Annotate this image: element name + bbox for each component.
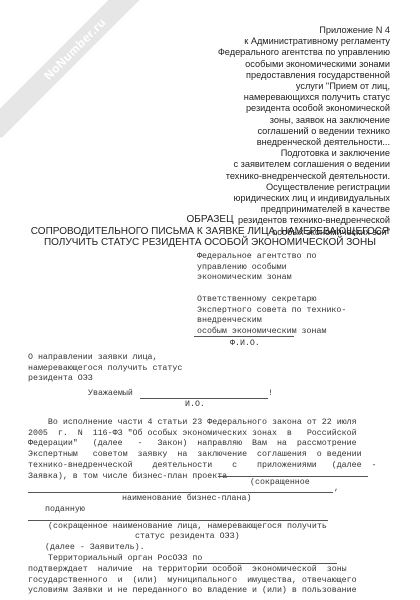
appendix-line: внедренческой деятельности... [130,137,390,148]
addressee-block: Федеральное агентство по управлению особ… [197,252,346,338]
subject-line: резидента ОЭЗ [28,374,182,385]
appendix-line: соглашений о ведении технико [130,126,390,137]
body-line: подтверждает наличие на территории особо… [28,565,357,576]
body-line: государственного и (или) муниципального … [28,576,357,587]
body-line: Экспертным советом заявку на заключение … [28,450,373,461]
body-line: Федерации" (далее - Закон) направляю Вам… [28,439,373,450]
fio-caption: Ф.И.О. [230,339,260,348]
appendix-line: намеревающихся получить статус [130,92,390,103]
appendix-line: технико-внедренческой деятельности. [130,171,390,182]
addressee-line: управлению особыми [197,263,346,274]
salutation-label: Уважаемый [88,389,133,400]
subject-block: О направлении заявки лица, намеревающего… [28,353,182,385]
body-paragraph-2: подтверждает наличие на территории особо… [28,565,357,597]
appendix-line: резидента особой экономической [130,103,390,114]
appendix-line: зоны, заявок на заключение [130,115,390,126]
salutation-blank-line[interactable] [140,398,268,399]
body-line: 2005 г. N 116-ФЗ "Об особых экономически… [28,429,373,440]
applicant-caption-2: статус резидента ОЭЗ) [135,532,240,541]
title-line: СОПРОВОДИТЕЛЬНОГО ПИСЬМА К ЗАЯВКЕ ЛИЦА, … [0,226,420,238]
body-paragraph-1: Во исполнение части 4 статьи 23 Федераль… [28,418,373,482]
submitted-label: поданную [45,505,85,516]
project-name-blank-line-2[interactable] [28,492,333,493]
addressee-line: Ответственному секретарю [197,295,346,306]
territorial-body-blank-line[interactable] [197,563,337,564]
subject-line: намеревающегося получить статус [28,364,182,375]
appendix-line: Федерального агентства по управлению [130,47,390,58]
business-plan-caption: наименование бизнес-плана) [122,494,251,503]
fio-blank-line[interactable] [194,336,294,337]
addressee-line: Федеральное агентство по [197,252,346,263]
territorial-body-label: Территориальный орган РосОЭЗ по [48,554,202,565]
appendix-line: с заявителем соглашения о ведении [130,159,390,170]
title-line: ОБРАЗЕЦ [0,214,420,226]
applicant-caption-1: (сокращенное наименование лица, намерева… [48,522,327,531]
appendix-line: Подготовка и заключение [130,148,390,159]
appendix-line: Приложение N 4 [130,25,390,36]
appendix-line: предоставления государственной [130,70,390,81]
subject-line: О направлении заявки лица, [28,353,182,364]
io-caption: И.О. [185,400,205,409]
addressee-line: экономическим зонам [197,273,346,284]
short-name-caption: (сокращенное [250,478,310,487]
appendix-line: юридических лиц и индивидуальных [130,193,390,204]
body-line: технико-внедренческой деятельности с при… [28,461,373,472]
project-name-blank-line[interactable] [218,476,368,477]
appendix-line: к Административному регламенту [130,36,390,47]
body-line: Во исполнение части 4 статьи 23 Федераль… [28,418,373,429]
addressee-line: внедренческим [197,316,346,327]
applicant-name-blank-line[interactable] [28,520,328,521]
salutation-end: ! [268,389,273,400]
document-title: ОБРАЗЕЦ СОПРОВОДИТЕЛЬНОГО ПИСЬМА К ЗАЯВК… [0,214,420,249]
comma: , [334,484,339,495]
appendix-line: Осуществление регистрации [130,182,390,193]
addressee-line: Экспертного совета по технико- [197,306,346,317]
appendix-line: особыми экономическими зонами [130,59,390,70]
applicant-note: (далее - Заявитель). [45,543,145,554]
appendix-header: Приложение N 4 к Административному регла… [130,25,390,238]
title-line: ПОЛУЧИТЬ СТАТУС РЕЗИДЕНТА ОСОБОЙ ЭКОНОМИ… [0,237,420,249]
body-line: условиям Заявки и не переданного во влад… [28,586,357,597]
appendix-line: услуги "Прием от лиц, [130,81,390,92]
